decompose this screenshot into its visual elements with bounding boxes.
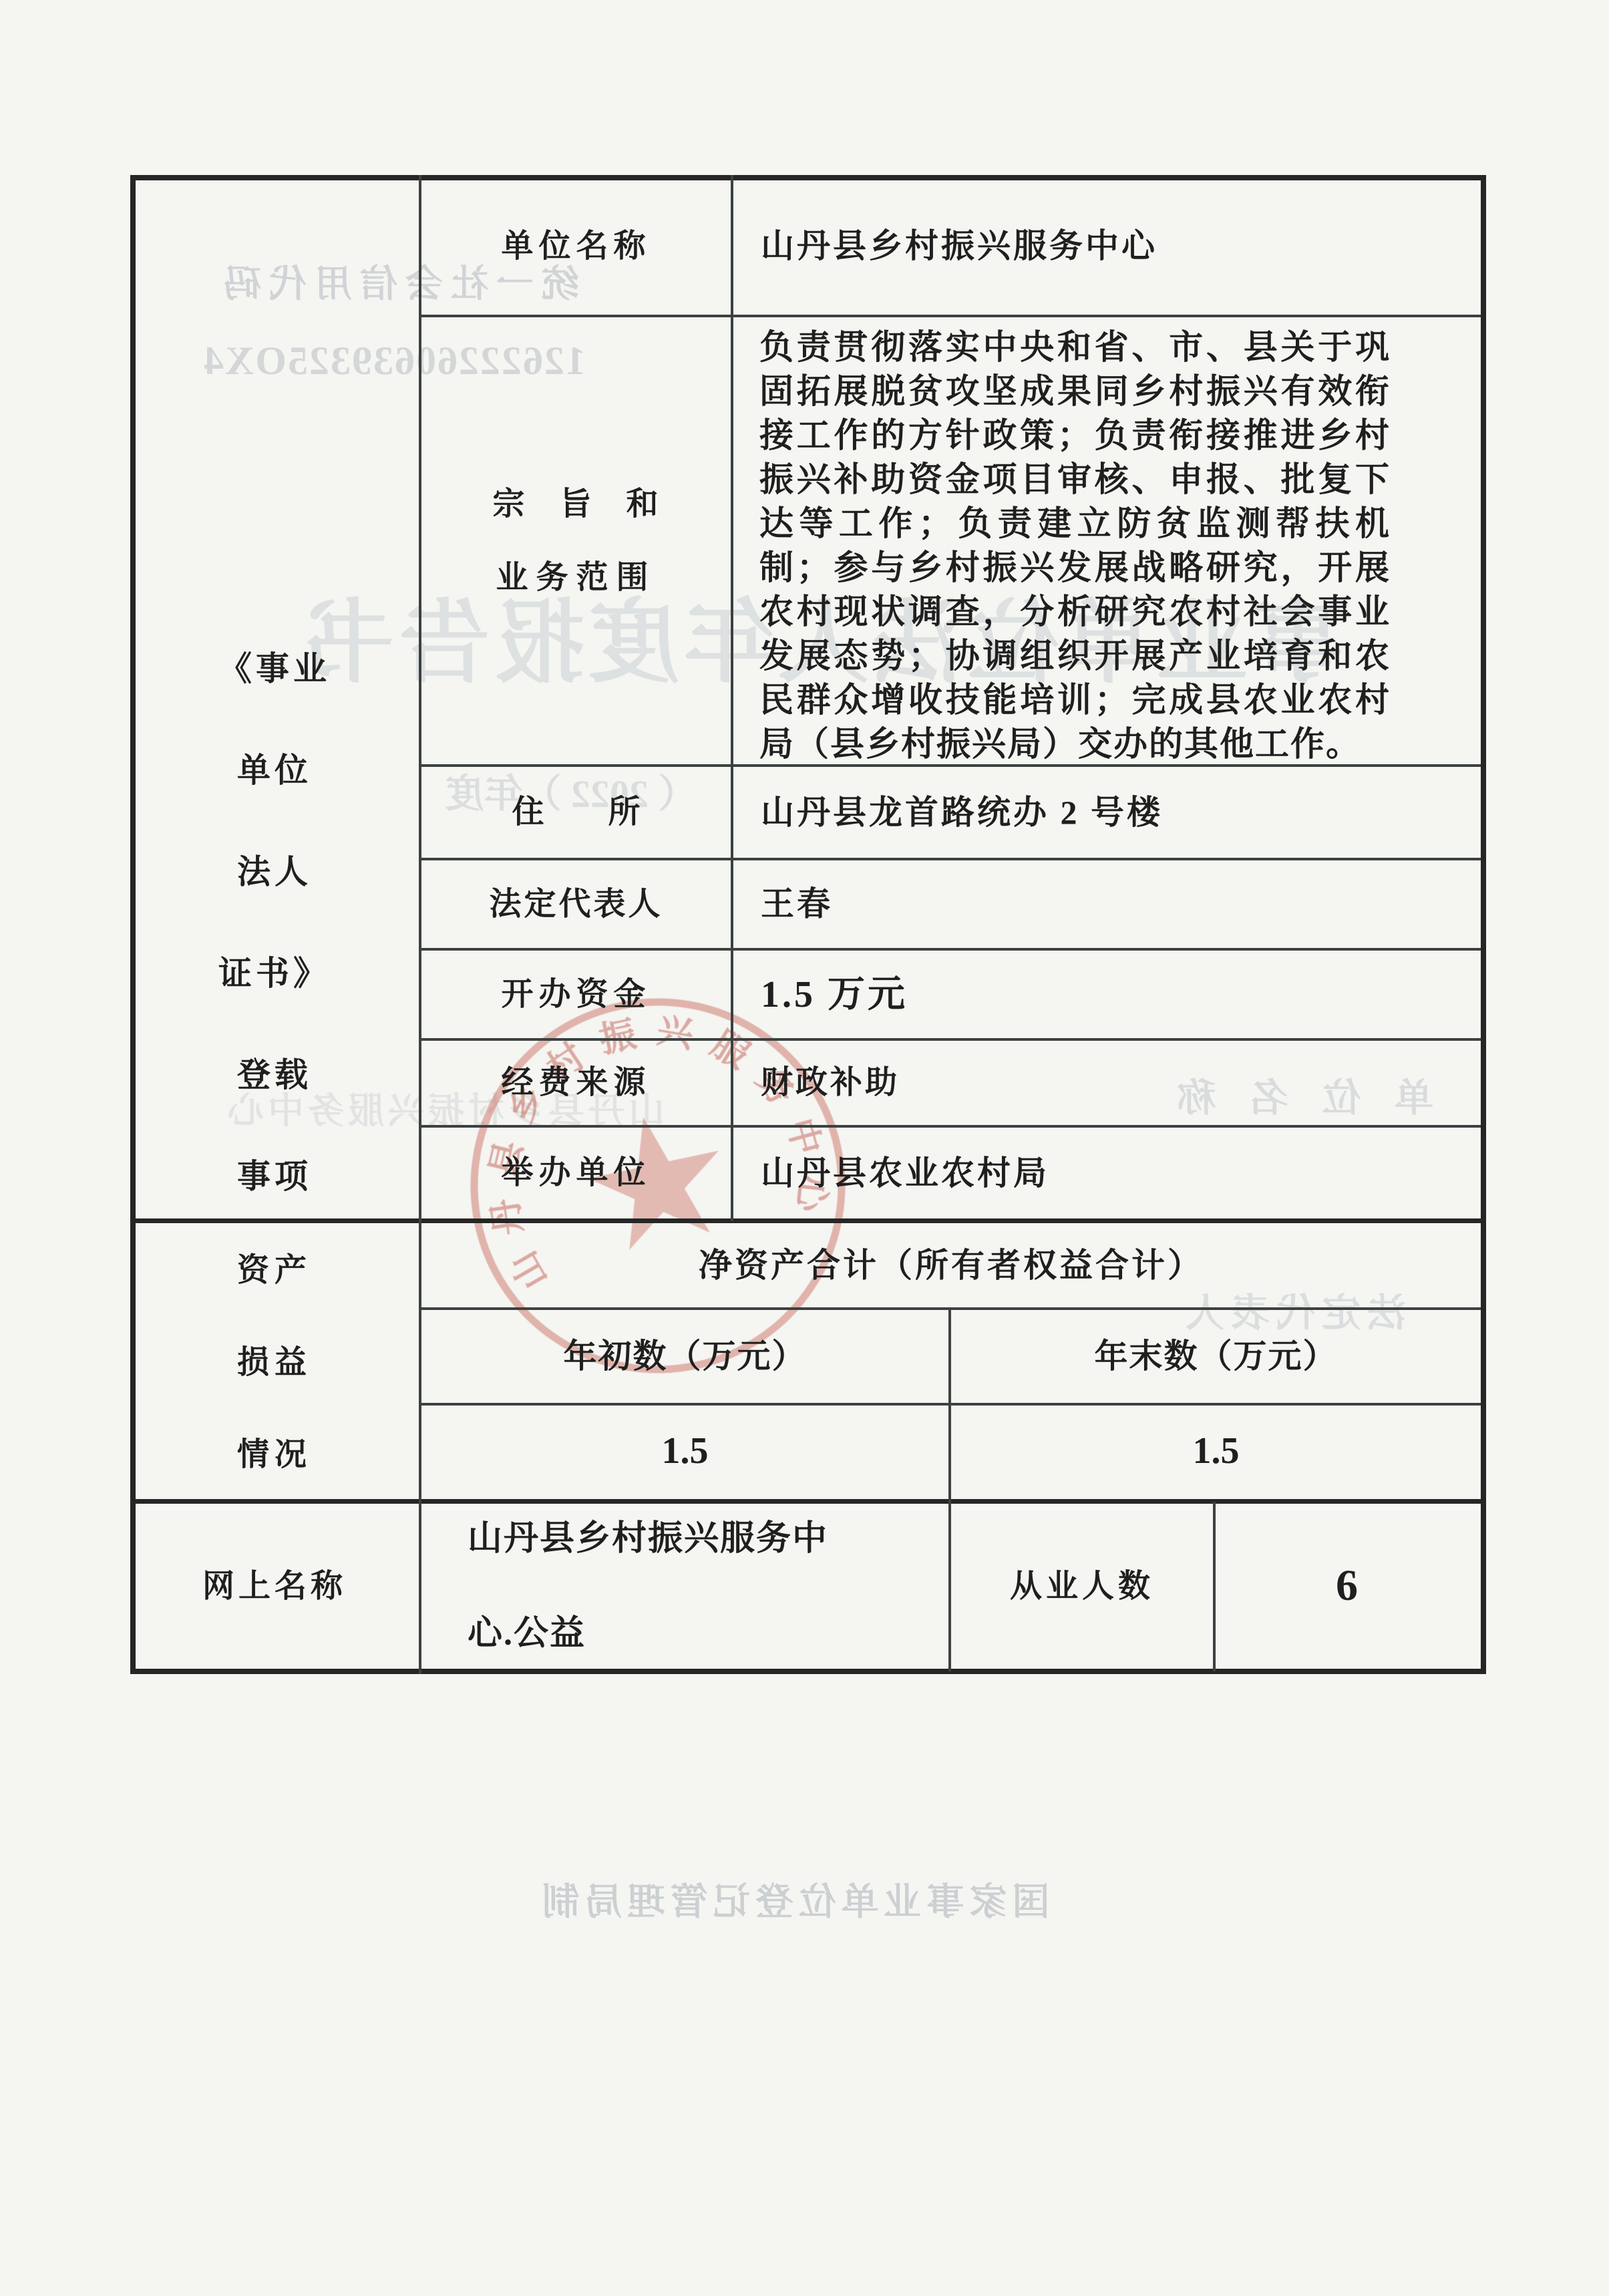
table-border-right — [1481, 175, 1486, 1674]
funding-value: 财政补助 — [761, 1041, 1455, 1125]
year-end-header: 年末数（万元） — [951, 1310, 1481, 1403]
purpose-label: 宗 旨 和 业务范围 — [421, 317, 731, 764]
legal-rep-label: 法定代表人 — [421, 860, 731, 948]
year-end-value: 1.5 — [951, 1403, 1481, 1499]
purpose-value: 负责贯彻落实中央和省、市、县关于巩固拓展脱贫攻坚成果同乡村振兴有效衔接工作的方针… — [759, 326, 1391, 764]
unit-name-value: 山丹县乡村振兴服务中心 — [761, 178, 1455, 315]
scanned-report-page: 统一社会信用代码 12622260639325OX4 事业单位法人年度报告书 （… — [0, 0, 1609, 2296]
year-start-header: 年初数（万元） — [421, 1310, 948, 1403]
side-title-line: 事项 — [237, 1126, 312, 1227]
organizer-value: 山丹县农业农村局 — [761, 1128, 1455, 1218]
organizer-label: 举办单位 — [421, 1128, 731, 1218]
online-name-value: 山丹县乡村振兴服务中心.公益 — [468, 1504, 842, 1669]
side-title-line: 登载 — [237, 1024, 312, 1126]
online-name-label: 网上名称 — [130, 1504, 419, 1669]
residence-label: 住 所 — [421, 767, 731, 858]
residence-value: 山丹县龙首路统办 2 号楼 — [761, 767, 1455, 858]
capital-label: 开办资金 — [421, 951, 731, 1038]
bleed-footer: 国家事业单位登记管理局制 — [534, 1869, 1052, 1929]
funding-label: 经费来源 — [421, 1041, 731, 1125]
net-assets-header: 净资产合计（所有者权益合计） — [421, 1223, 1481, 1307]
legal-rep-value: 王春 — [761, 860, 1455, 948]
side-title-line: 单位 — [237, 719, 312, 821]
side-title-line: 证书》 — [218, 923, 331, 1024]
assets-title-line: 情况 — [237, 1409, 312, 1501]
capital-value: 1.5 万元 — [761, 951, 1455, 1038]
v-divider-label-col — [731, 175, 733, 1221]
assets-title-line: 损益 — [237, 1317, 312, 1409]
purpose-label-line1: 宗 旨 和 — [492, 484, 659, 524]
side-title-line: 法人 — [237, 821, 312, 923]
unit-name-label: 单位名称 — [421, 178, 731, 315]
staff-count-value: 6 — [1213, 1504, 1481, 1669]
purpose-label-line2: 业务范围 — [496, 558, 656, 598]
staff-count-label: 从业人数 — [951, 1504, 1213, 1669]
certificate-side-title: 《事业 单位 法人 证书》 登载 事项 — [130, 618, 419, 1239]
year-start-value: 1.5 — [421, 1403, 948, 1499]
side-title-line: 《事业 — [218, 618, 331, 719]
assets-title-line: 资产 — [237, 1224, 312, 1317]
assets-side-title: 资产 损益 情况 — [130, 1226, 419, 1499]
